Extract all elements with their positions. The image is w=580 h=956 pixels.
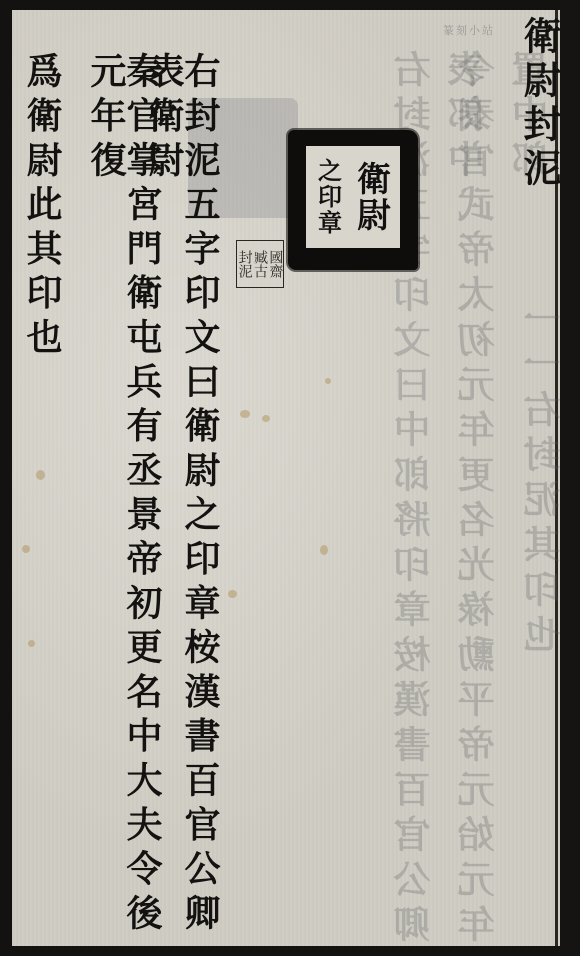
paper-stain [228,590,237,598]
paper-stain [28,640,35,647]
seal-face: 衛尉 之印章 [306,146,400,248]
paper-stain [320,545,328,555]
paper-stain [262,415,270,422]
seal-glyphs: 衛尉 [347,161,396,233]
paper-stain [22,545,30,553]
text-column: 爲衛尉此其印也 [24,52,60,362]
seal-glyphs: 臧古 [253,250,267,278]
page-title: 衛尉封泥 [520,16,558,192]
paper-stain [36,470,45,480]
clay-seal-impression: 衛尉 之印章 [288,130,418,270]
text-column: 秦官掌宮門衛屯兵有丞景帝初更名中大夫令後元年復 [88,52,160,956]
watermark: 篆刻小站 [443,22,495,38]
seal-glyphs: 國齋 [268,250,282,278]
seal-glyphs: 之印章 [311,158,346,236]
collector-seal: 國齋 臧古 封泥 [236,240,284,288]
seal-glyphs: 封泥 [238,250,252,278]
paper-stain [325,378,331,384]
paper-stain [240,410,250,418]
scanned-page: 篆刻小站 一一右封泥其印也 令泰官武帝太初元年更名光祿勳平帝元始元年置中郎 右封… [0,0,580,956]
